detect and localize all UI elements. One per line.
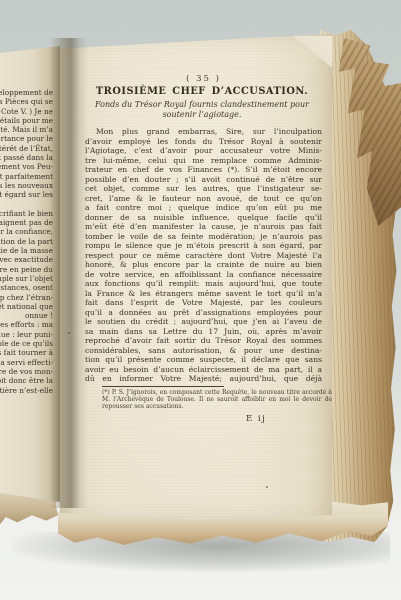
page-number: ( 35 ) bbox=[85, 74, 322, 84]
body-text-line: trateur en chef de vos Finances (*). S’i… bbox=[85, 165, 322, 175]
body-text-line: sa main dans sa Lettre du 17 Juin, où, a… bbox=[85, 327, 322, 337]
footnote-rule bbox=[102, 386, 224, 387]
body-text-line: aux fonctions qu’il remplit: mais aujour… bbox=[85, 279, 322, 289]
body-text-line: d’avoir employé les fonds du Trésor Roya… bbox=[85, 137, 322, 147]
left-page-text: le développement dearmi les Pièces qui s… bbox=[0, 88, 53, 395]
left-page-text-line: tre dans les nouveaux bbox=[0, 181, 53, 190]
footnote: (*) P. S. J’ignorois, en composant cette… bbox=[102, 390, 332, 411]
left-page-text-line: armi les Pièces qui se bbox=[0, 97, 53, 106]
body-text-line: le soutien du crédit ; aujourd’hui, que … bbox=[85, 317, 322, 327]
body-text-line: a fait contre moi ; quelque indice qu’on… bbox=[85, 203, 322, 213]
left-page-text-line: s ces détails pour me bbox=[0, 116, 53, 125]
body-text-line: fait dans l’esprit de Votre Majesté, par… bbox=[85, 298, 322, 308]
chapter-subtitle-line: soutenir l’agiotage. bbox=[76, 110, 328, 120]
left-page-text-line: e l’intérêt national que bbox=[0, 302, 53, 311]
body-text-line: rompu le silence que je m’étois prescrit… bbox=[85, 241, 322, 251]
body-text-line: qu’il a données au prêt d’assignations e… bbox=[85, 308, 322, 318]
right-page: ( 35 ) TROISIÈME CHEF D’ACCUSATION. Fond… bbox=[60, 34, 332, 520]
left-page-text-line: , fussent parfaitement bbox=[0, 172, 53, 181]
left-page-text-line: le développement de bbox=[0, 88, 53, 97]
paper-speck bbox=[266, 486, 268, 488]
left-page-text-line: qui sacrifiant le bien bbox=[0, 209, 53, 218]
body-text-line: la France & les étrangers même savent le… bbox=[85, 289, 322, 299]
left-page-text-line: e importance pour le bbox=[0, 134, 53, 143]
body-text-line: avoir eu besoin d’aucun éclaircissement … bbox=[85, 365, 322, 375]
left-page-text-line: tite partie de la masse bbox=[0, 246, 53, 255]
body-text-line: l’Agiotage, c’est d’avoir pour accusateu… bbox=[85, 146, 322, 156]
body-text-line: reproché d’avoir fait sortir du Trésor R… bbox=[85, 336, 322, 346]
left-page-text-line: nt à cet égard sur les bbox=[0, 190, 53, 199]
body-text-line: cret, l’ame & le fauteur non avoué, de t… bbox=[85, 194, 322, 204]
photo-of-open-book: le développement dearmi les Pièces qui s… bbox=[0, 0, 401, 600]
left-page-text-line: ête. ( Cote V. ) Je ne bbox=[0, 107, 53, 116]
body-text-line: tre lui-même, celui qui me remplace comm… bbox=[85, 156, 322, 166]
left-page-text-line: on-seulement vos Peu- bbox=[0, 162, 53, 171]
left-page-text-line: des subsistances, osent bbox=[0, 283, 53, 292]
left-page-text-line: ui est due : leur puni- bbox=[0, 330, 53, 339]
left-page-text-line: s indignes efforts : ma bbox=[0, 320, 53, 329]
left-page-text-line: ntre-coup chez l’étran- bbox=[0, 293, 53, 302]
body-text-line: cet objet, comme sur les autres, que l’i… bbox=[85, 184, 322, 194]
left-page-text-line: ’altérer la confiance, bbox=[0, 227, 53, 236]
chapter-heading: TROISIÈME CHEF D’ACCUSATION. bbox=[76, 86, 328, 97]
body-text: Mon plus grand embarras, Sire, sur l’inc… bbox=[85, 127, 322, 384]
left-page-text-line: se mettre en peine du bbox=[0, 265, 53, 274]
left-page-text-line: ’avois fait tourner à bbox=[0, 348, 53, 357]
body-text-line: Mon plus grand embarras, Sire, sur l’inc… bbox=[85, 127, 322, 137]
left-page-text-line: e, ne craignent pas de bbox=[0, 218, 53, 227]
left-page-text-line: Majesté. Mais il m’a bbox=[0, 125, 53, 134]
left-page-text-line: est fait avec exactitude bbox=[0, 255, 53, 264]
body-text-line: respect pour ce même caractère dont Votr… bbox=[85, 251, 322, 261]
left-page-text-line: coupable de ce qu’ils bbox=[0, 339, 53, 348]
chapter-subtitle-line: Fonds du Trésor Royal fournis clandestin… bbox=[76, 100, 328, 110]
left-page-text-line: er le Peuple sur l’objet bbox=[0, 274, 53, 283]
body-text-line: de votre service, en affoiblissant la co… bbox=[85, 270, 322, 280]
paper-speck bbox=[68, 332, 70, 334]
body-text-line: m’eût été d’en manifester la cause, je n… bbox=[85, 222, 322, 232]
body-text-line: honoré, & plus encore par la crainte de … bbox=[85, 260, 322, 270]
body-text-line: dû en informer Votre Majesté; aujourd’hu… bbox=[85, 374, 322, 384]
chapter-subtitle: Fonds du Trésor Royal fournis clandestin… bbox=[76, 100, 328, 120]
left-page-text-line: ille matière n’est-elle bbox=[0, 386, 53, 395]
left-page-text-line: ce qui a servi effecti- bbox=[0, 358, 53, 367]
left-page-text-line: évarication de la part bbox=[0, 237, 53, 246]
left-page-text-line: e le titre de vos mon- bbox=[0, 367, 53, 376]
signature-mark: E ij bbox=[246, 414, 266, 424]
body-text-line: tomber le voile de sa feinte modération;… bbox=[85, 232, 322, 242]
left-page-text-line: our l’intérêt de l’État, bbox=[0, 144, 53, 153]
left-page-text-line: qui s’est passé dans la bbox=[0, 153, 53, 162]
body-text-line: tion qu’il présente comme suspecte, il d… bbox=[85, 355, 322, 365]
body-text-line: donner de sa nuisible influence, quelque… bbox=[85, 213, 322, 223]
left-page: le développement dearmi les Pièces qui s… bbox=[0, 46, 60, 502]
left-page-text-line bbox=[0, 200, 53, 209]
left-page-text-line: elle doit donc être la bbox=[0, 376, 53, 385]
left-page-text-line: onnue ! bbox=[0, 311, 53, 320]
body-text-line: considérables, sans autorisation, & pour… bbox=[85, 346, 322, 356]
body-text-line: possible d’en douter ; s’il avoit contin… bbox=[85, 175, 322, 185]
